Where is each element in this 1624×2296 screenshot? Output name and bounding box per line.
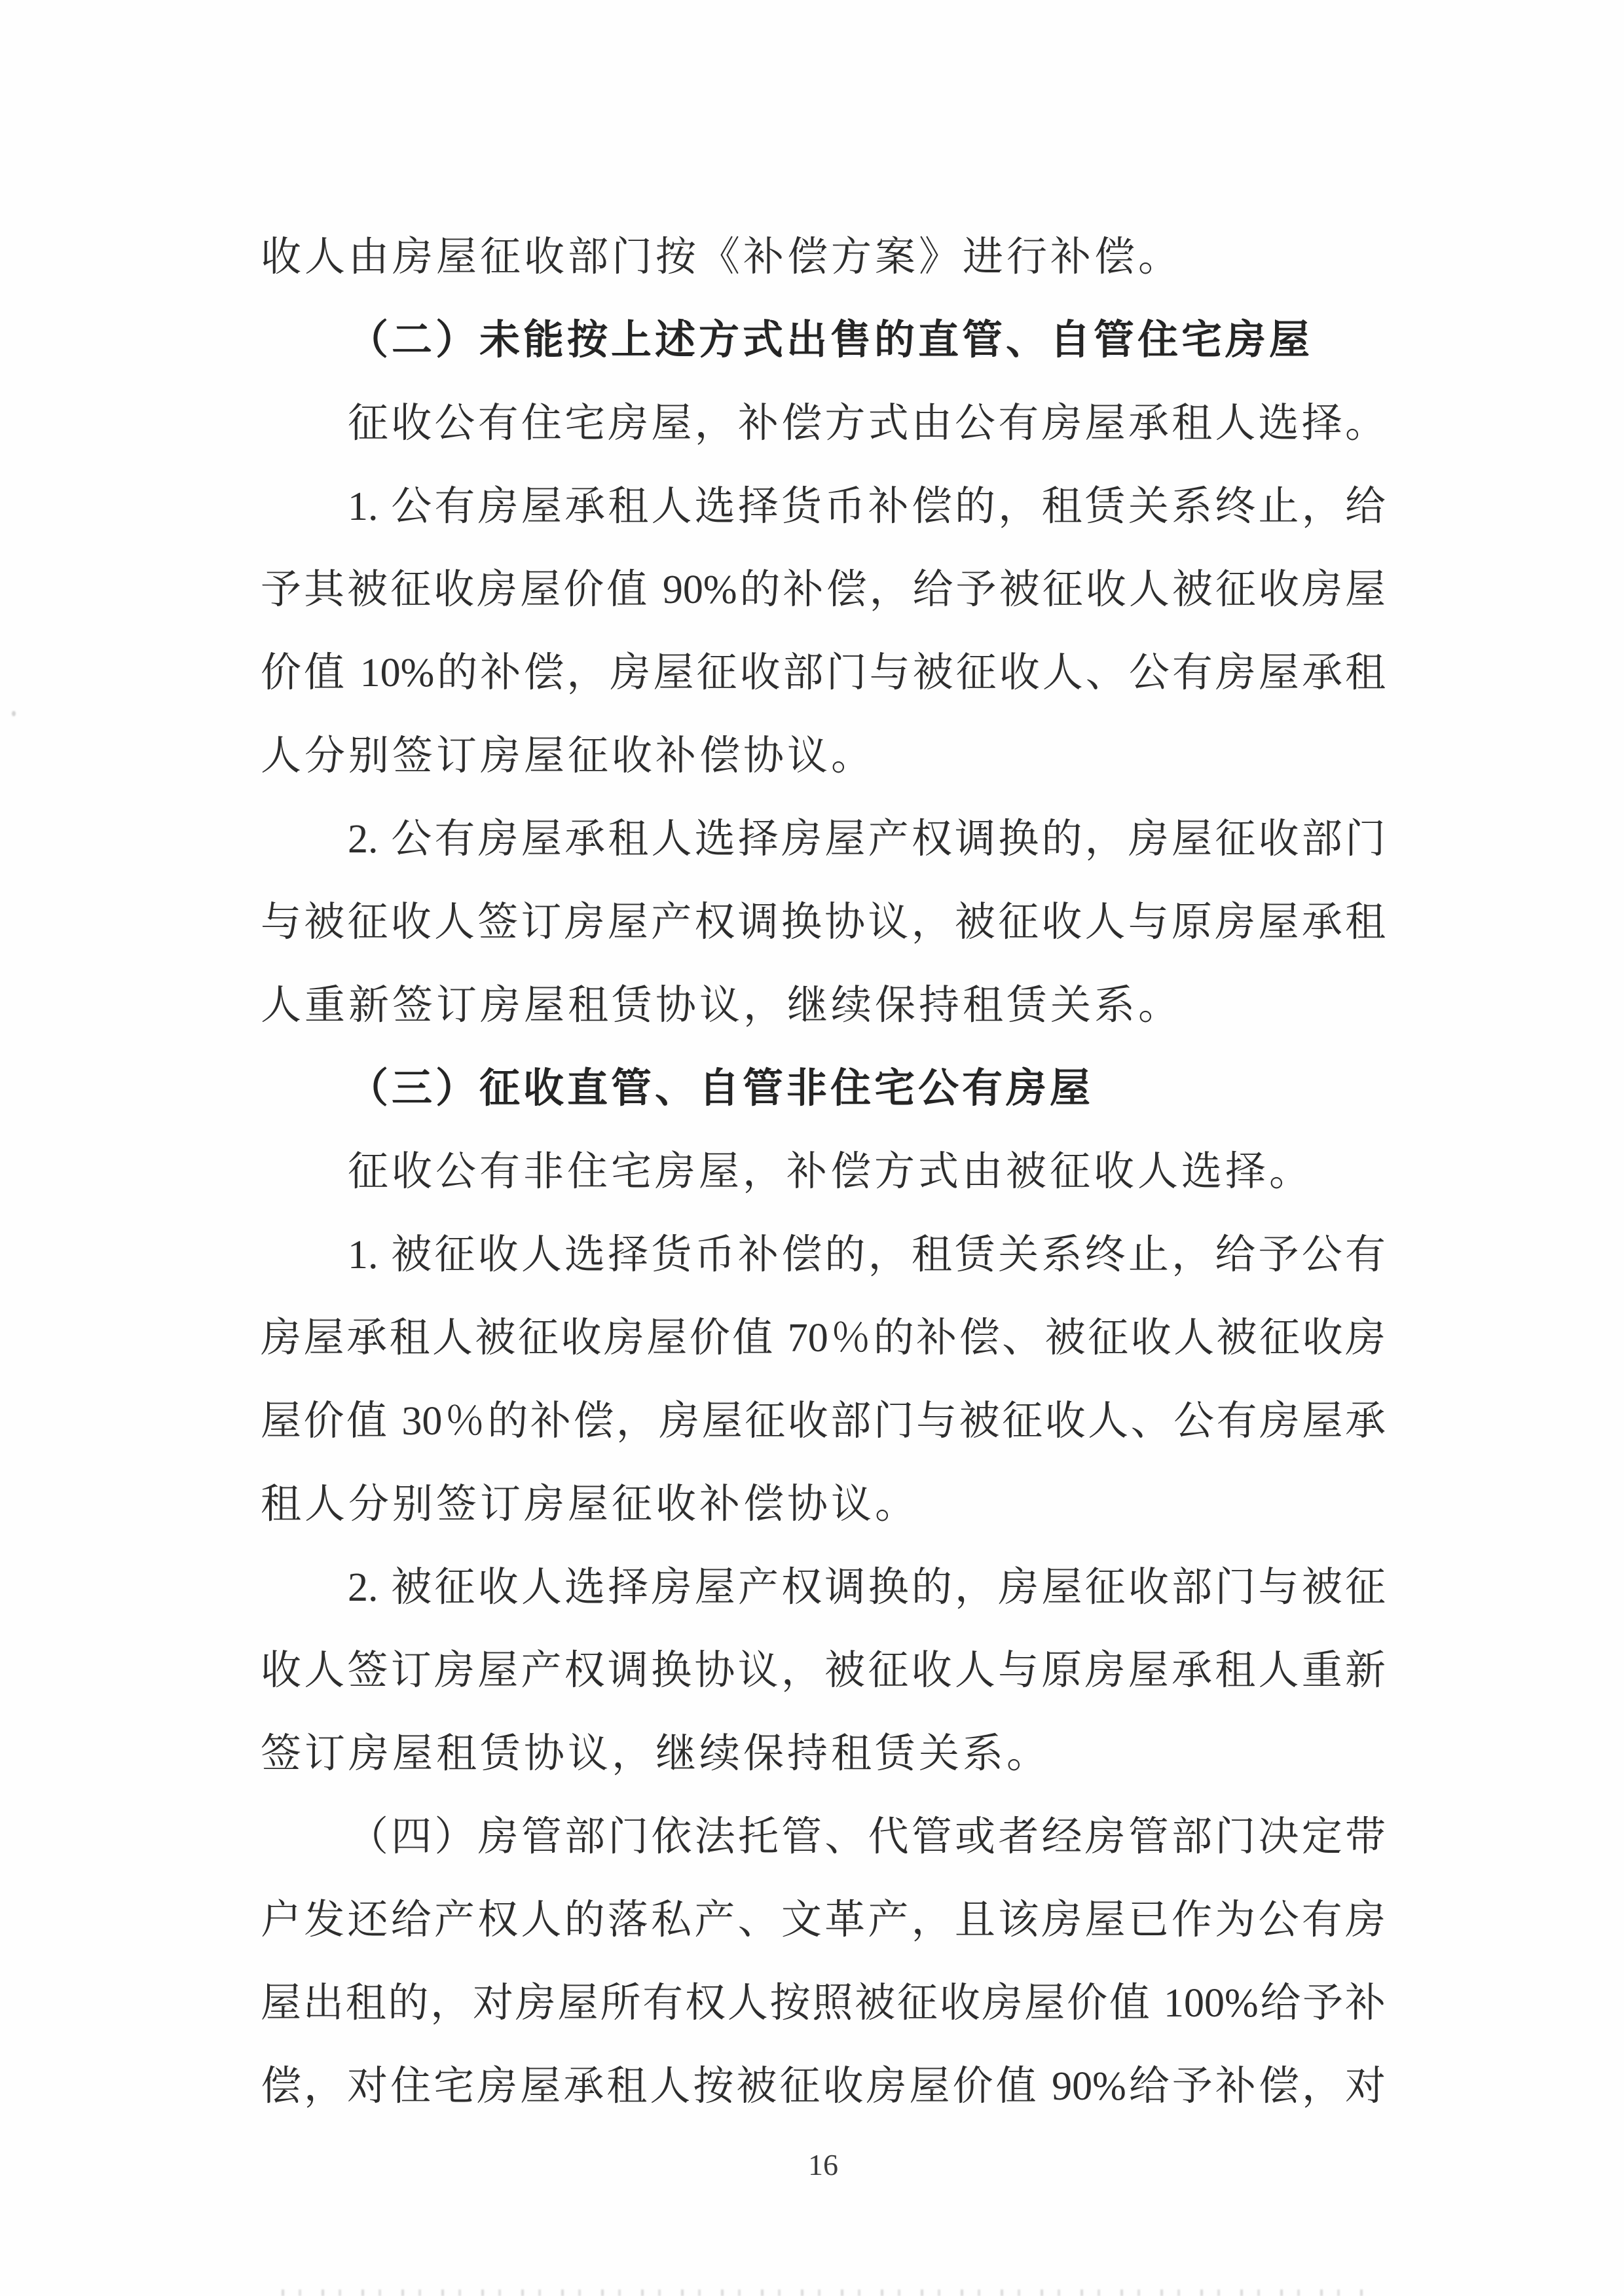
doc-line-3: 征收公有住宅房屋，补偿方式由公有房屋承租人选择。 — [261, 382, 1386, 465]
doc-line-21: 户发还给产权人的落私产、文革产，且该房屋已作为公有房 — [261, 1879, 1386, 1962]
doc-line-18: 收人签订房屋产权调换协议，被征收人与原房屋承租人重新 — [261, 1630, 1386, 1713]
doc-line-4: 1. 公有房屋承租人选择货币补偿的，租赁关系终止，给 — [261, 465, 1386, 549]
doc-line-5: 予其被征收房屋价值 90%的补偿，给予被征收人被征收房屋 — [261, 549, 1386, 632]
scan-artifact-dot — [12, 711, 16, 716]
doc-line-17: 2. 被征收人选择房屋产权调换的，房屋征收部门与被征 — [261, 1546, 1386, 1630]
next-page-ghost-text — [282, 2289, 1369, 2296]
section-heading-3: （三）征收直管、自管非住宅公有房屋 — [261, 1048, 1386, 1131]
doc-line-20: （四）房管部门依法托管、代管或者经房管部门决定带 — [261, 1796, 1386, 1879]
doc-line-14: 房屋承租人被征收房屋价值 70％的补偿、被征收人被征收房 — [261, 1297, 1386, 1380]
doc-line-7: 人分别签订房屋征收补偿协议。 — [261, 715, 1386, 798]
section-heading-2: （二）未能按上述方式出售的直管、自管住宅房屋 — [261, 299, 1386, 382]
doc-line-23: 偿，对住宅房屋承租人按被征收房屋价值 90%给予补偿，对 — [261, 2045, 1386, 2128]
document-text-block: 收人由房屋征收部门按《补偿方案》进行补偿。 （二）未能按上述方式出售的直管、自管… — [261, 216, 1386, 2128]
doc-line-1: 收人由房屋征收部门按《补偿方案》进行补偿。 — [261, 216, 1386, 299]
doc-line-8: 2. 公有房屋承租人选择房屋产权调换的，房屋征收部门 — [261, 798, 1386, 881]
doc-line-16: 租人分别签订房屋征收补偿协议。 — [261, 1463, 1386, 1546]
doc-line-6: 价值 10%的补偿，房屋征收部门与被征收人、公有房屋承租 — [261, 632, 1386, 715]
doc-line-13: 1. 被征收人选择货币补偿的，租赁关系终止，给予公有 — [261, 1214, 1386, 1297]
doc-line-15: 屋价值 30％的补偿，房屋征收部门与被征收人、公有房屋承 — [261, 1380, 1386, 1463]
document-page: 收人由房屋征收部门按《补偿方案》进行补偿。 （二）未能按上述方式出售的直管、自管… — [0, 0, 1624, 2296]
doc-line-10: 人重新签订房屋租赁协议，继续保持租赁关系。 — [261, 964, 1386, 1048]
doc-line-19: 签订房屋租赁协议，继续保持租赁关系。 — [261, 1713, 1386, 1796]
doc-line-22: 屋出租的，对房屋所有权人按照被征收房屋价值 100%给予补 — [261, 1962, 1386, 2045]
page-number: 16 — [261, 2145, 1386, 2185]
doc-line-9: 与被征收人签订房屋产权调换协议，被征收人与原房屋承租 — [261, 881, 1386, 964]
doc-line-12: 征收公有非住宅房屋，补偿方式由被征收人选择。 — [261, 1131, 1386, 1214]
